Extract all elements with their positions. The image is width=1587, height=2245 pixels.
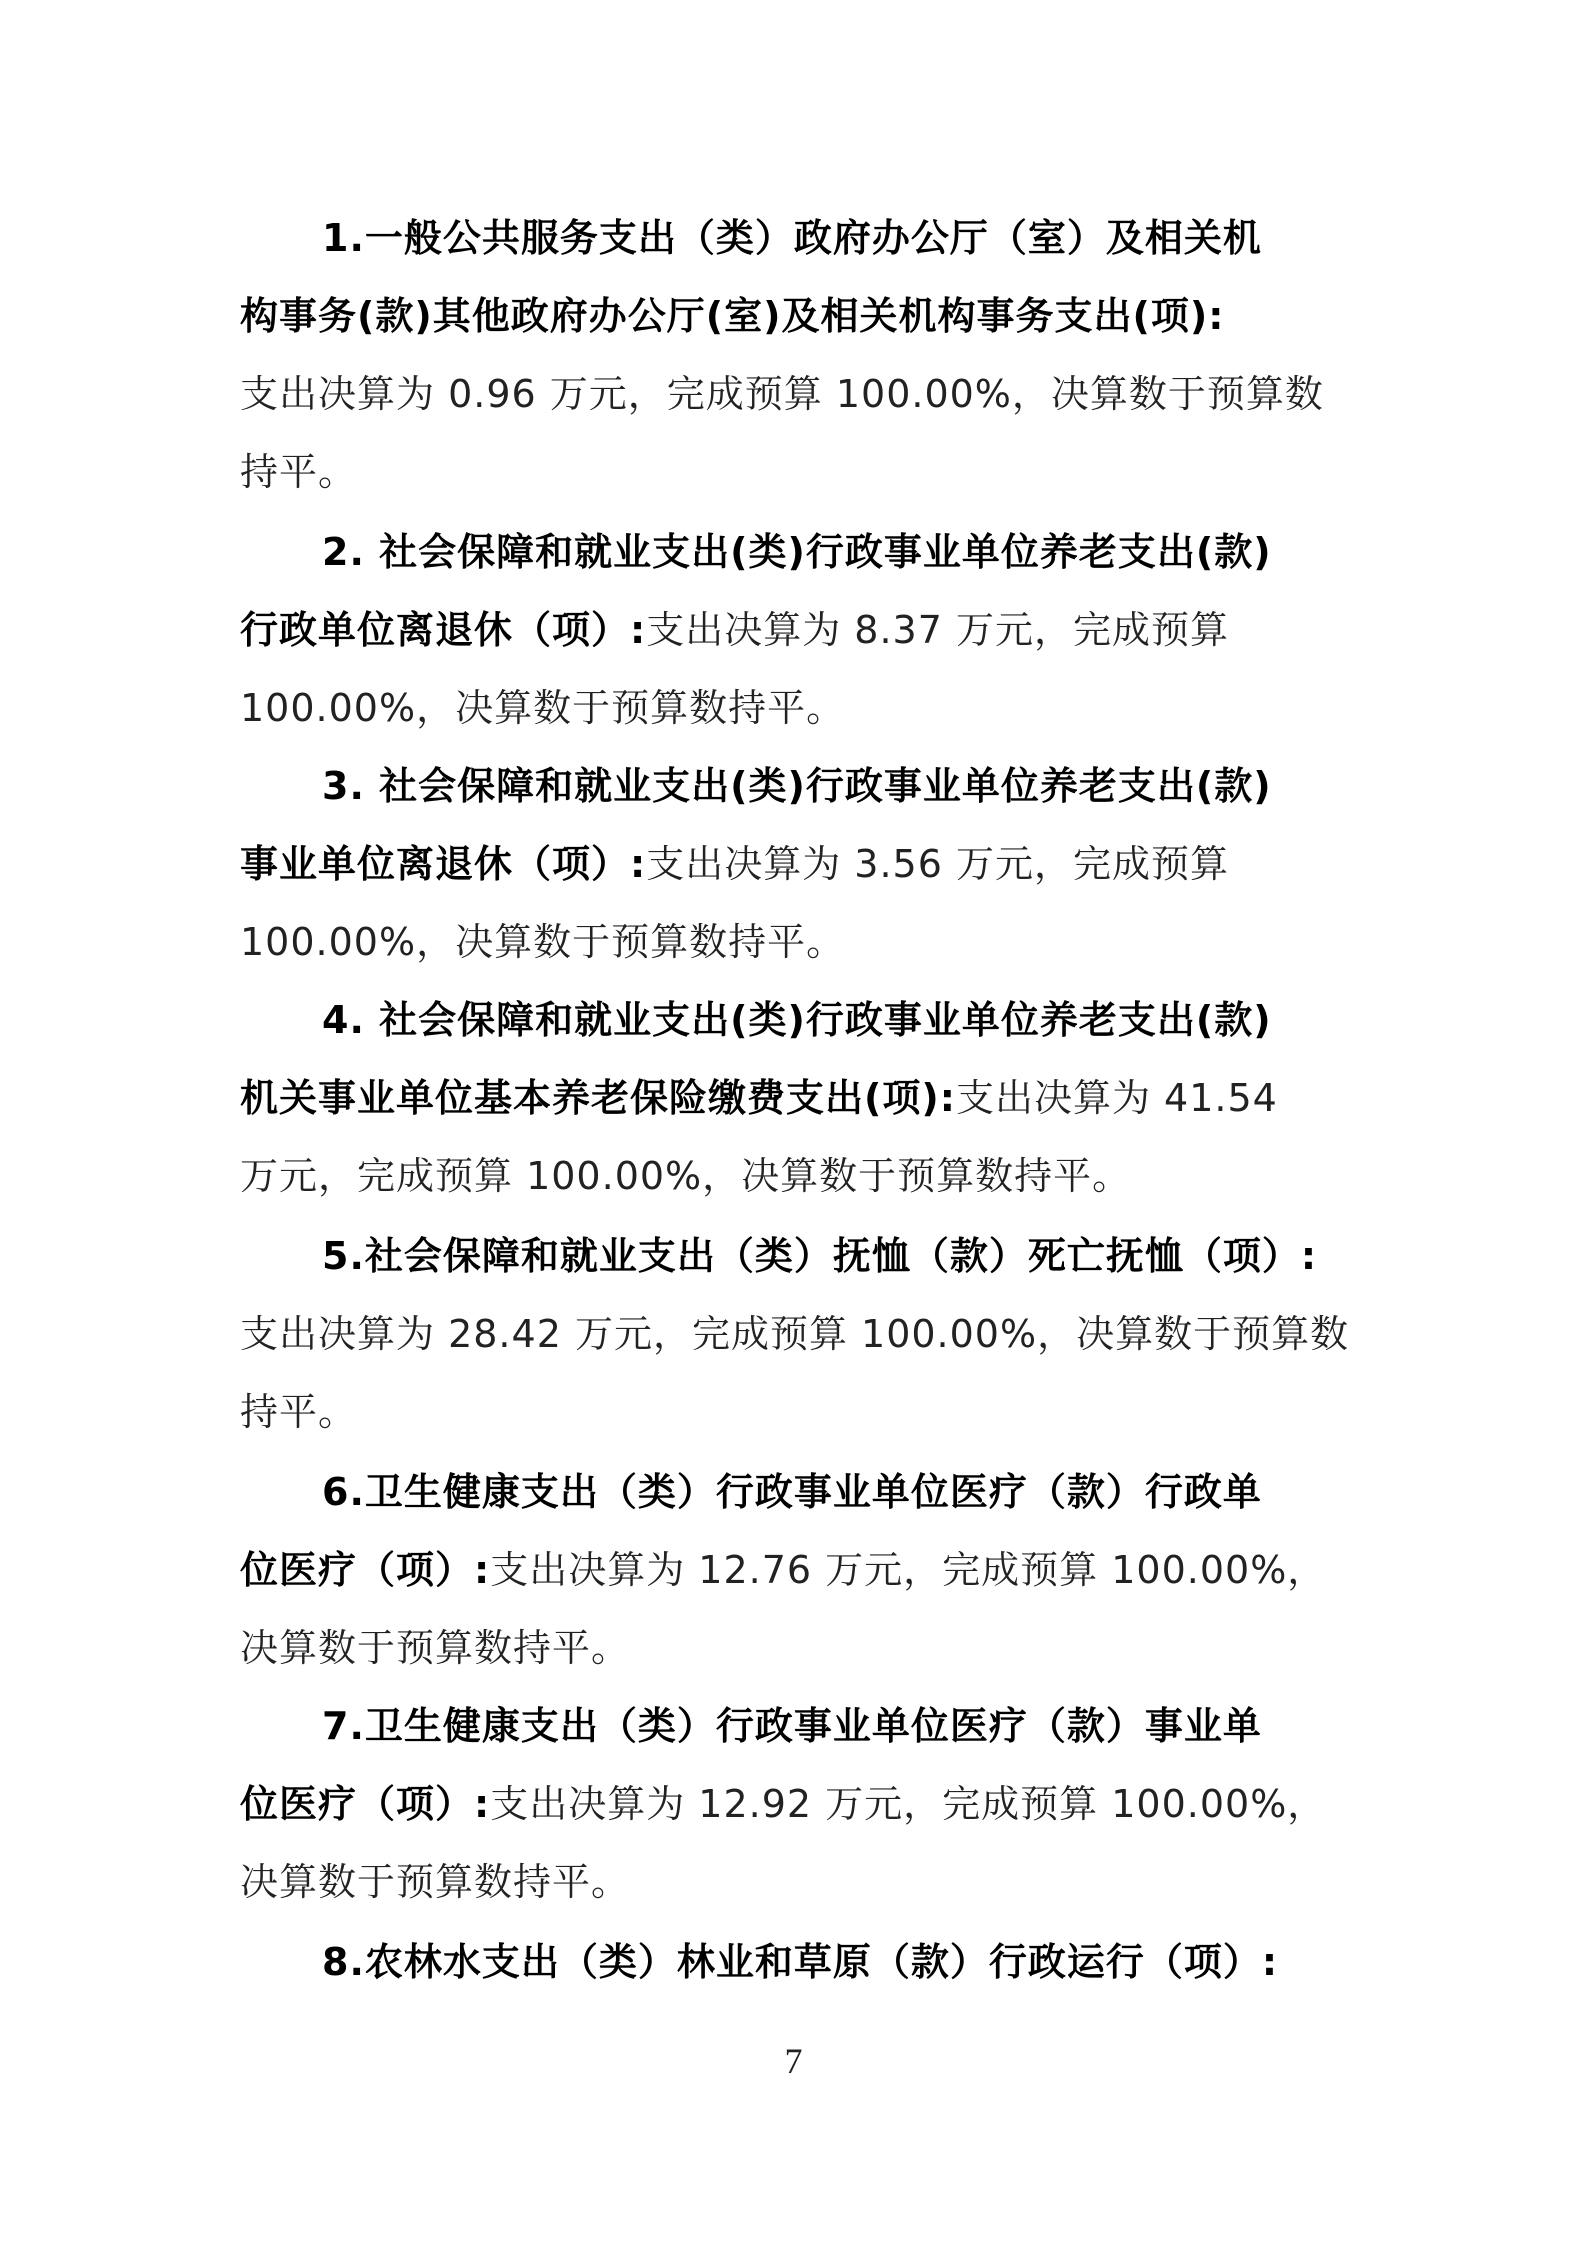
item-3-line-2: 事业单位离退休（项）:支出决算为 3.56 万元，完成预算 bbox=[240, 834, 1360, 894]
item-8-line-1: 8.农林水支出（类）林业和草原（款）行政运行（项）: bbox=[322, 1932, 1362, 1992]
item-heading: 构事务(款)其他政府办公厅(室)及相关机构事务支出(项): bbox=[240, 294, 1224, 338]
item-body: 持平。 bbox=[240, 450, 357, 494]
item-4-line-1: 4. 社会保障和就业支出(类)行政事业单位养老支出(款) bbox=[322, 990, 1362, 1050]
item-5-line-3: 持平。 bbox=[240, 1382, 1360, 1442]
item-heading: 事业单位离退休（项）: bbox=[240, 842, 646, 886]
item-body: 万元，完成预算 100.00%，决算数于预算数持平。 bbox=[240, 1154, 1131, 1198]
item-body: 支出决算为 8.37 万元，完成预算 bbox=[646, 608, 1229, 652]
item-heading: 机关事业单位基本养老保险缴费支出(项): bbox=[240, 1076, 956, 1120]
item-1-line-4: 持平。 bbox=[240, 442, 1360, 502]
item-2-line-2: 行政单位离退休（项）:支出决算为 8.37 万元，完成预算 bbox=[240, 600, 1360, 660]
item-heading: 4. 社会保障和就业支出(类)行政事业单位养老支出(款) bbox=[322, 998, 1272, 1042]
item-4-line-2: 机关事业单位基本养老保险缴费支出(项):支出决算为 41.54 bbox=[240, 1068, 1360, 1128]
item-7-line-2: 位医疗（项）:支出决算为 12.92 万元，完成预算 100.00%， bbox=[240, 1774, 1360, 1834]
item-body: 支出决算为 41.54 bbox=[956, 1076, 1278, 1120]
item-heading: 位医疗（项）: bbox=[240, 1782, 490, 1826]
item-heading: 8.农林水支出（类）林业和草原（款）行政运行（项）: bbox=[322, 1940, 1278, 1984]
item-1-line-3: 支出决算为 0.96 万元，完成预算 100.00%，决算数于预算数 bbox=[240, 364, 1360, 424]
item-7-line-3: 决算数于预算数持平。 bbox=[240, 1852, 1360, 1912]
document-page: 1.一般公共服务支出（类）政府办公厅（室）及相关机 构事务(款)其他政府办公厅(… bbox=[0, 0, 1587, 2245]
item-1-line-2: 构事务(款)其他政府办公厅(室)及相关机构事务支出(项): bbox=[240, 286, 1360, 346]
page-number: 7 bbox=[0, 2040, 1587, 2082]
item-3-line-1: 3. 社会保障和就业支出(类)行政事业单位养老支出(款) bbox=[322, 756, 1362, 816]
item-5-line-2: 支出决算为 28.42 万元，完成预算 100.00%，决算数于预算数 bbox=[240, 1304, 1360, 1364]
item-6-line-1: 6.卫生健康支出（类）行政事业单位医疗（款）行政单 bbox=[322, 1462, 1362, 1522]
item-heading: 7.卫生健康支出（类）行政事业单位医疗（款）事业单 bbox=[322, 1704, 1262, 1748]
item-body: 支出决算为 0.96 万元，完成预算 100.00%，决算数于预算数 bbox=[240, 372, 1324, 416]
item-heading: 位医疗（项）: bbox=[240, 1548, 490, 1592]
item-heading: 2. 社会保障和就业支出(类)行政事业单位养老支出(款) bbox=[322, 530, 1272, 574]
item-5-line-1: 5.社会保障和就业支出（类）抚恤（款）死亡抚恤（项）: bbox=[322, 1226, 1362, 1286]
item-heading: 5.社会保障和就业支出（类）抚恤（款）死亡抚恤（项）: bbox=[322, 1234, 1317, 1278]
item-body: 100.00%，决算数于预算数持平。 bbox=[240, 920, 845, 964]
item-1-line-1: 1.一般公共服务支出（类）政府办公厅（室）及相关机 bbox=[322, 208, 1362, 268]
item-body: 支出决算为 12.76 万元，完成预算 100.00%， bbox=[490, 1548, 1326, 1592]
item-body: 决算数于预算数持平。 bbox=[240, 1860, 630, 1904]
item-body: 支出决算为 3.56 万元，完成预算 bbox=[646, 842, 1229, 886]
item-body: 支出决算为 12.92 万元，完成预算 100.00%， bbox=[490, 1782, 1326, 1826]
item-4-line-3: 万元，完成预算 100.00%，决算数于预算数持平。 bbox=[240, 1146, 1360, 1206]
item-body: 支出决算为 28.42 万元，完成预算 100.00%，决算数于预算数 bbox=[240, 1312, 1349, 1356]
item-6-line-2: 位医疗（项）:支出决算为 12.76 万元，完成预算 100.00%， bbox=[240, 1540, 1360, 1600]
item-7-line-1: 7.卫生健康支出（类）行政事业单位医疗（款）事业单 bbox=[322, 1696, 1362, 1756]
item-body: 持平。 bbox=[240, 1390, 357, 1434]
item-body: 决算数于预算数持平。 bbox=[240, 1626, 630, 1670]
item-3-line-3: 100.00%，决算数于预算数持平。 bbox=[240, 912, 1360, 972]
item-2-line-1: 2. 社会保障和就业支出(类)行政事业单位养老支出(款) bbox=[322, 522, 1362, 582]
item-body: 100.00%，决算数于预算数持平。 bbox=[240, 686, 845, 730]
item-heading: 6.卫生健康支出（类）行政事业单位医疗（款）行政单 bbox=[322, 1470, 1262, 1514]
item-heading: 1.一般公共服务支出（类）政府办公厅（室）及相关机 bbox=[322, 216, 1262, 260]
item-heading: 3. 社会保障和就业支出(类)行政事业单位养老支出(款) bbox=[322, 764, 1272, 808]
item-heading: 行政单位离退休（项）: bbox=[240, 608, 646, 652]
item-6-line-3: 决算数于预算数持平。 bbox=[240, 1618, 1360, 1678]
item-2-line-3: 100.00%，决算数于预算数持平。 bbox=[240, 678, 1360, 738]
